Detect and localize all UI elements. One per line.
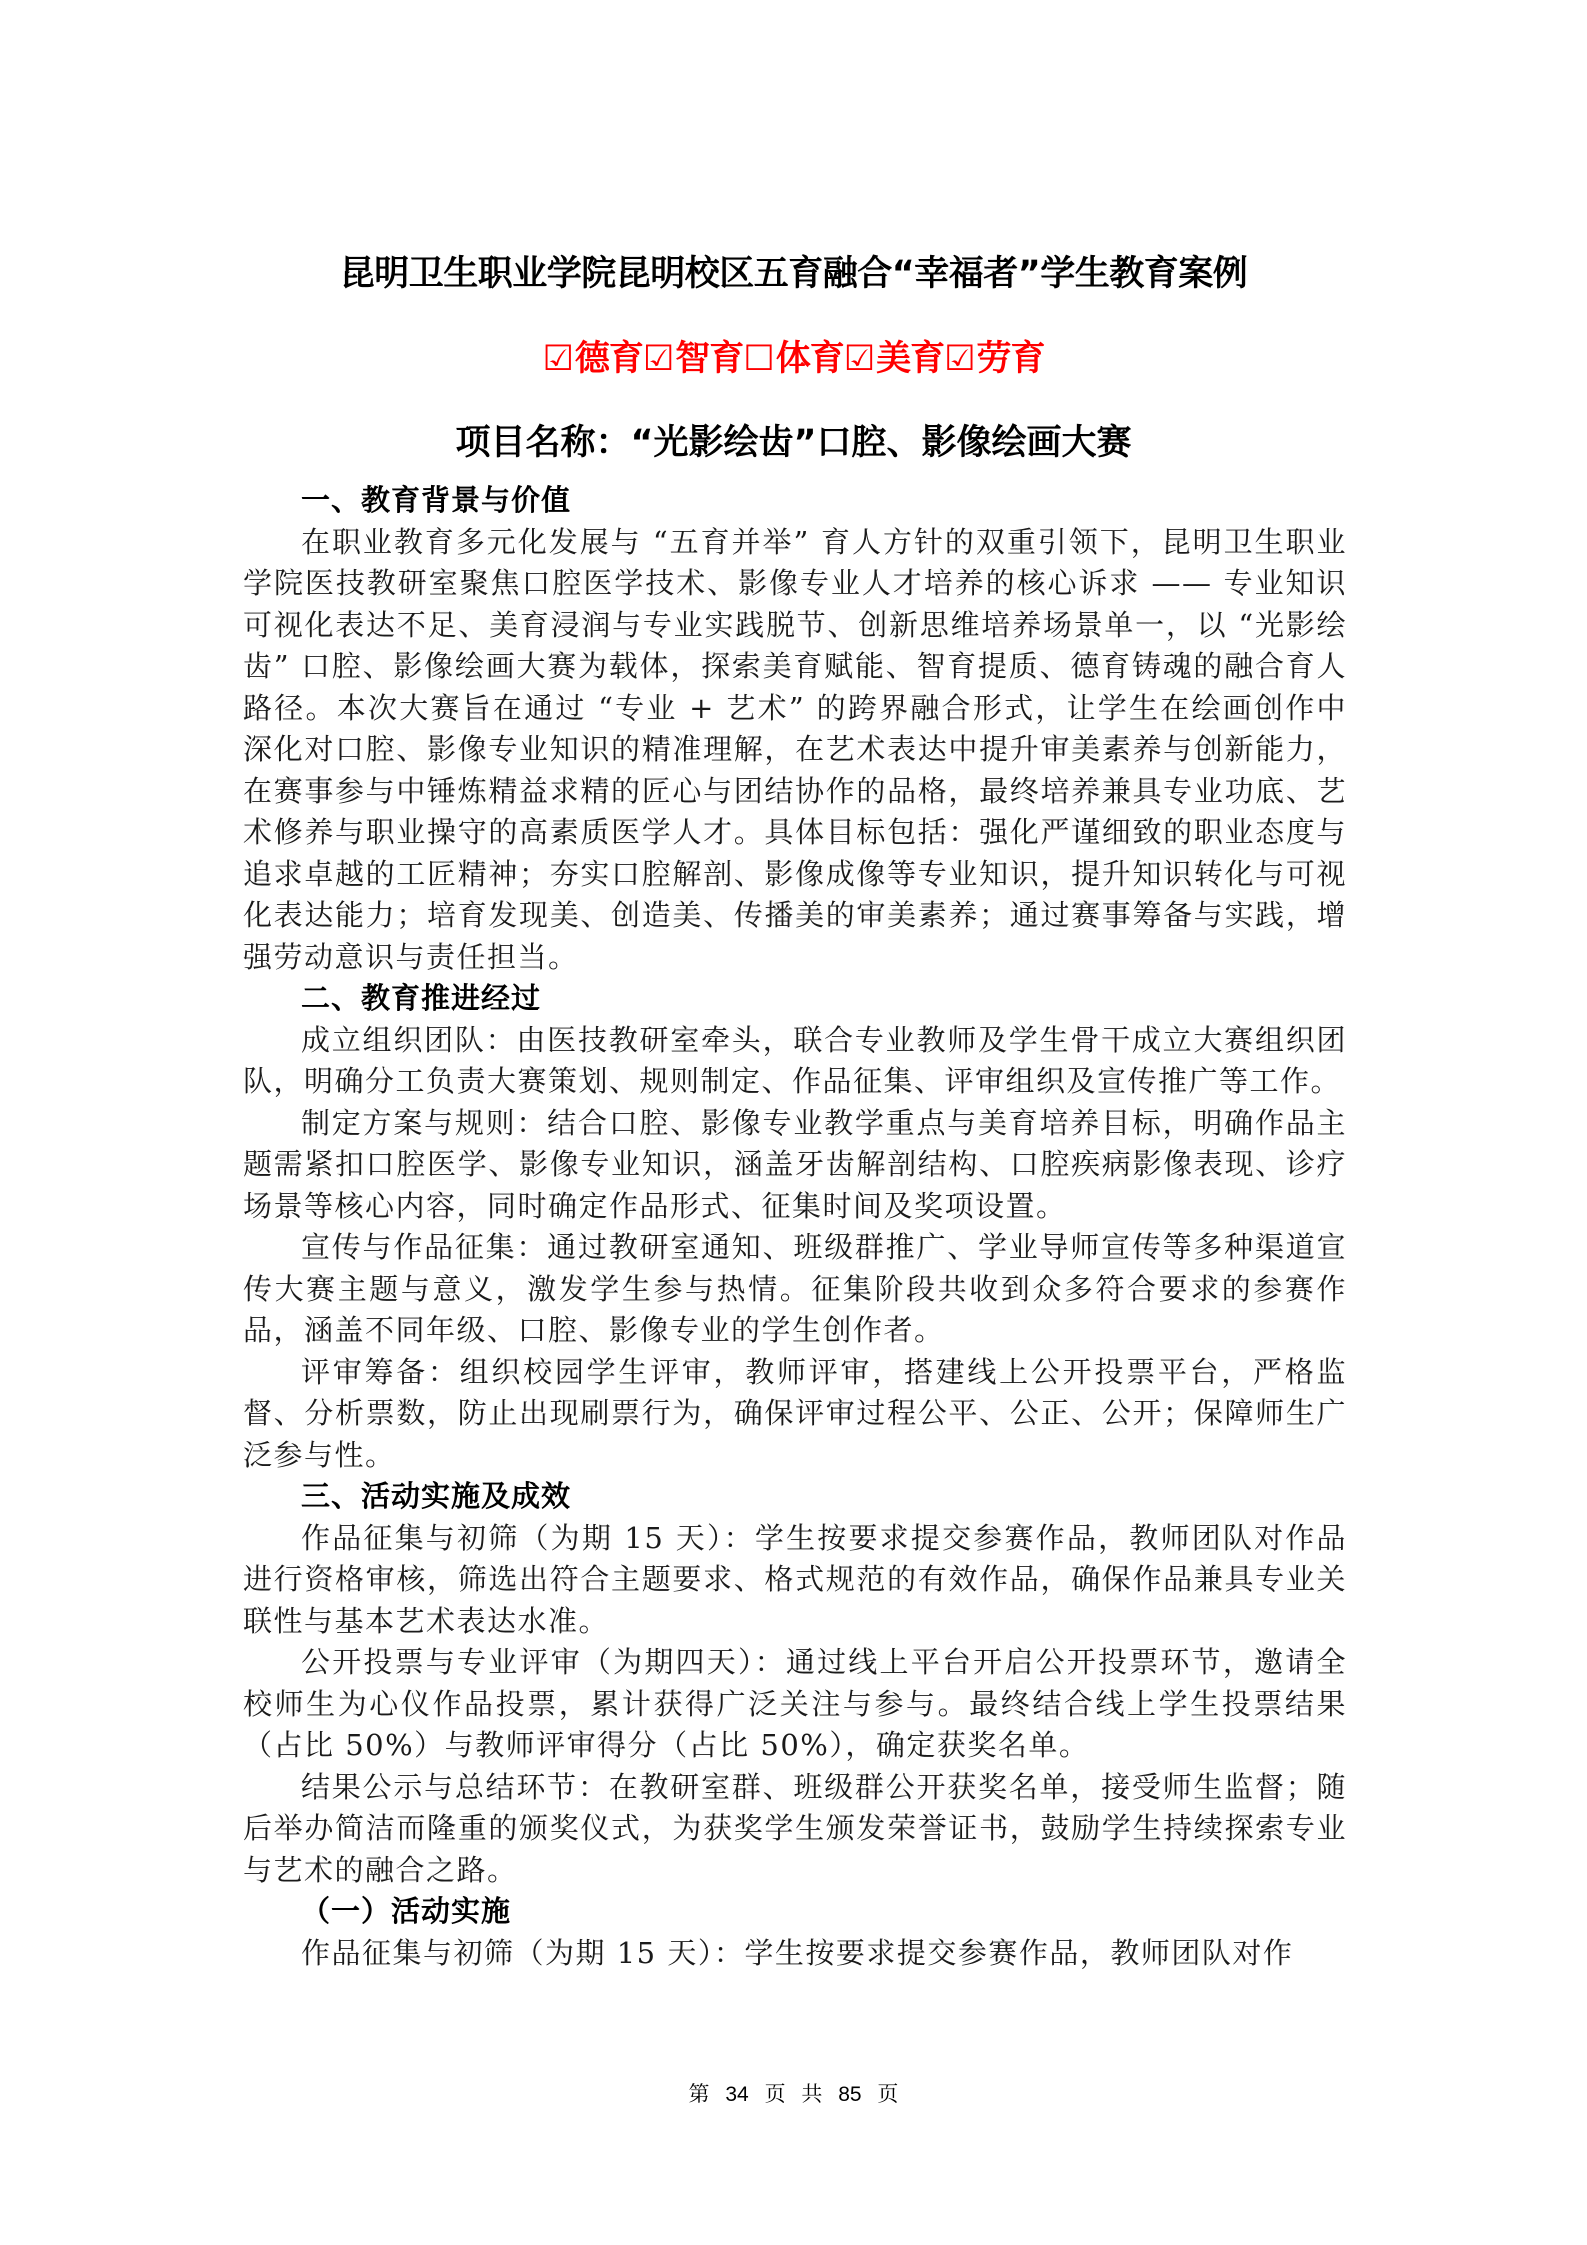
check-label: 体育 [776, 339, 844, 379]
section-heading: 一、教育背景与价值 [243, 480, 1347, 522]
paragraph: 成立组织团队：由医技教研室牵头，联合专业教师及学生骨干成立大赛组织团队，明确分工… [243, 1020, 1347, 1103]
check-item-aesthetic: ☑美育 [844, 334, 944, 384]
check-label: 智育 [675, 339, 743, 379]
paragraph: 结果公示与总结环节：在教研室群、班级群公开获奖名单，接受师生监督；随后举办简洁而… [243, 1767, 1347, 1892]
education-checklist: ☑德育☑智育☐体育☑美育☑劳育 [0, 334, 1587, 384]
page-number-footer: 第 34 页 共 85 页 [0, 2080, 1587, 2110]
paragraph: 作品征集与初筛（为期 15 天）：学生按要求提交参赛作品，教师团队对作 [243, 1933, 1347, 1975]
section-process: 二、教育推进经过 成立组织团队：由医技教研室牵头，联合专业教师及学生骨干成立大赛… [243, 978, 1347, 1476]
paragraph: 作品征集与初筛（为期 15 天）：学生按要求提交参赛作品，教师团队对作品进行资格… [243, 1518, 1347, 1643]
document-body: 一、教育背景与价值 在职业教育多元化发展与 “五育并举” 育人方针的双重引领下，… [243, 480, 1347, 1974]
check-label: 德育 [575, 339, 643, 379]
section-heading: 二、教育推进经过 [243, 978, 1347, 1020]
check-item-intellectual: ☑智育 [643, 334, 743, 384]
check-item-moral: ☑德育 [542, 334, 642, 384]
project-name: 项目名称：“光影绘齿”口腔、影像绘画大赛 [0, 418, 1587, 468]
document-page: 昆明卫生职业学院昆明校区五育融合“幸福者”学生教育案例 ☑德育☑智育☐体育☑美育… [0, 0, 1587, 2245]
section-implementation: 三、活动实施及成效 作品征集与初筛（为期 15 天）：学生按要求提交参赛作品，教… [243, 1476, 1347, 1891]
paragraph: 宣传与作品征集：通过教研室通知、班级群推广、学业导师宣传等多种渠道宣传大赛主题与… [243, 1227, 1347, 1352]
checkbox-checked-icon: ☑ [944, 334, 974, 384]
checkbox-checked-icon: ☑ [643, 334, 673, 384]
check-label: 美育 [876, 339, 944, 379]
section-background: 一、教育背景与价值 在职业教育多元化发展与 “五育并举” 育人方针的双重引领下，… [243, 480, 1347, 978]
paragraph: 公开投票与专业评审（为期四天）：通过线上平台开启公开投票环节，邀请全校师生为心仪… [243, 1642, 1347, 1767]
paragraph: 在职业教育多元化发展与 “五育并举” 育人方针的双重引领下，昆明卫生职业学院医技… [243, 522, 1347, 979]
paragraph: 制定方案与规则：结合口腔、影像专业教学重点与美育培养目标，明确作品主题需紧扣口腔… [243, 1103, 1347, 1228]
checkbox-checked-icon: ☑ [844, 334, 874, 384]
check-item-physical: ☐体育 [743, 334, 843, 384]
check-label: 劳育 [977, 339, 1045, 379]
section-heading: （一）活动实施 [243, 1891, 1347, 1933]
section-activity: （一）活动实施 作品征集与初筛（为期 15 天）：学生按要求提交参赛作品，教师团… [243, 1891, 1347, 1974]
checkbox-unchecked-icon: ☐ [743, 334, 773, 384]
section-heading: 三、活动实施及成效 [243, 1476, 1347, 1518]
check-item-labor: ☑劳育 [944, 334, 1044, 384]
paragraph: 评审筹备：组织校园学生评审，教师评审，搭建线上公开投票平台，严格监督、分析票数，… [243, 1352, 1347, 1477]
document-title: 昆明卫生职业学院昆明校区五育融合“幸福者”学生教育案例 [0, 250, 1587, 298]
checkbox-checked-icon: ☑ [542, 334, 572, 384]
